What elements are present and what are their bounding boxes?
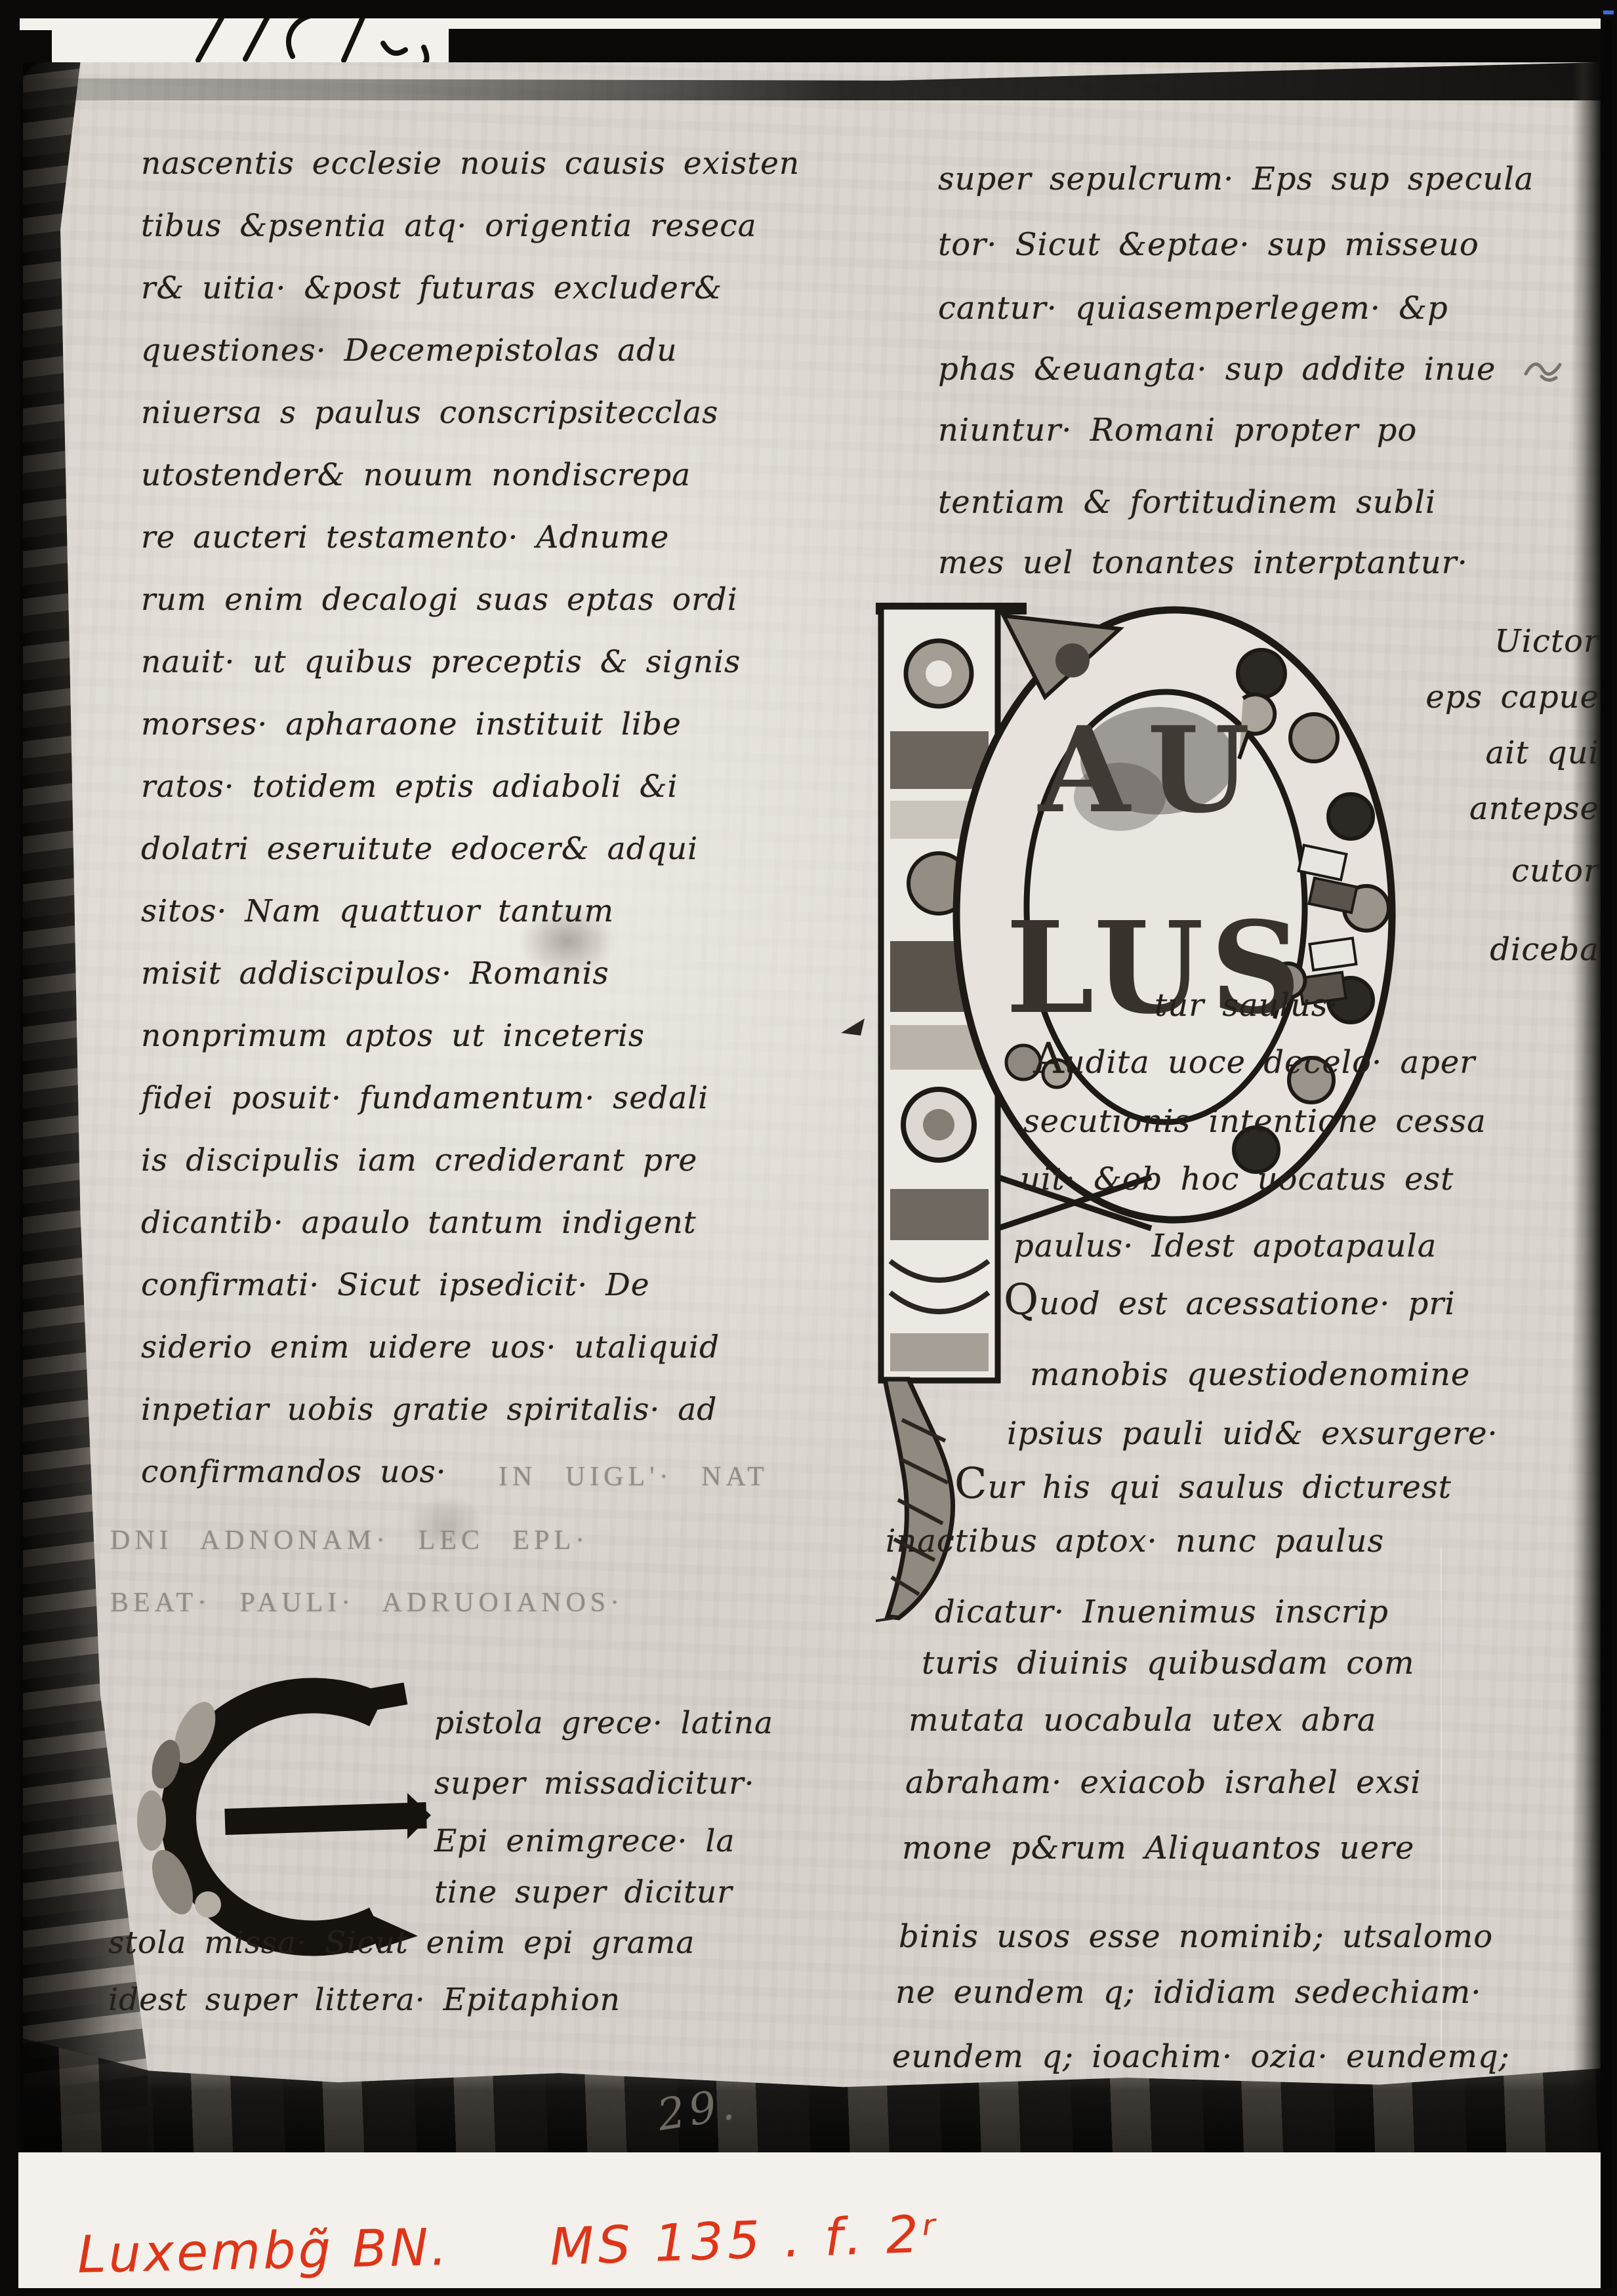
photo-frame-bottom <box>0 2288 1617 2296</box>
manuscript-line: Epi enimgrece· la <box>434 1823 735 1859</box>
manuscript-line: re aucteri testamento· Adnume <box>141 519 669 555</box>
manuscript-line: r& uitia· &post futuras excluder& <box>141 270 722 306</box>
line-initial-capital: A <box>1033 1034 1065 1083</box>
manuscript-line: paulus· Idest apotapaula <box>1013 1228 1437 1264</box>
manuscript-line: eps capue <box>1425 679 1599 715</box>
rubric-line: BEAT· PAULI· ADRUOIANOS· <box>110 1587 624 1619</box>
manuscript-line: misit addiscipulos· Romanis <box>141 956 609 992</box>
folio-caption-library: Luxembg̃ BN. <box>77 2218 450 2285</box>
manuscript-line: is discipulis iam crediderant pre <box>141 1142 697 1178</box>
photo-frame-right <box>1612 0 1617 2296</box>
marginal-squiggle <box>1522 348 1568 387</box>
manuscript-line: turis diuinis quibusdam com <box>922 1645 1415 1682</box>
manuscript-line: tentiam & fortitudinem subli <box>938 484 1436 521</box>
rubric-line: IN UIGL'· NAT <box>499 1461 769 1493</box>
manuscript-line: nauit· ut quibus preceptis & signis <box>141 644 741 680</box>
manuscript-photo: AU LUS 29. Luxembg̃ BN. MS 135 . f. 2ʳ n… <box>0 0 1617 2296</box>
manuscript-line: inactibus aptox· nunc paulus <box>886 1523 1384 1560</box>
manuscript-line: ne eundem q; ididiam sedechiam· <box>895 1974 1481 2011</box>
manuscript-line: niuersa s paulus conscripsitecclas <box>141 395 718 431</box>
photo-frame-left <box>0 0 20 2296</box>
manuscript-line: confirmandos uos· <box>141 1454 447 1490</box>
manuscript-line: diceba <box>1490 931 1599 968</box>
manuscript-line: nonprimum aptos ut inceteris <box>141 1018 645 1054</box>
manuscript-line: inpetiar uobis gratie spiritalis· ad <box>141 1392 717 1428</box>
manuscript-line: cantur· quiasemperlegem· &p <box>938 290 1448 327</box>
manuscript-line: mes uel tonantes interptantur· <box>938 544 1468 581</box>
manuscript-line: uit· &ob hoc uocatus est <box>1020 1161 1454 1198</box>
manuscript-line: dicatur· Inuenimus inscrip <box>935 1594 1389 1630</box>
manuscript-line: ipsius pauli uid& exsurgere· <box>1007 1415 1498 1452</box>
manuscript-line: dicantib· apaulo tantum indigent <box>141 1205 697 1241</box>
manuscript-line: tur saulus· <box>1155 987 1339 1024</box>
line-initial-capital: C <box>954 1459 988 1508</box>
manuscript-line: confirmati· Sicut ipsedicit· De <box>141 1267 650 1303</box>
manuscript-line: fidei posuit· fundamentum· sedali <box>141 1080 708 1116</box>
manuscript-line: tibus &psentia atq· origentia reseca <box>141 208 757 244</box>
manuscript-line: ait qui <box>1485 735 1599 771</box>
blue-corner-mark <box>1603 10 1614 14</box>
manuscript-line: siderio enim uidere uos· utaliquid <box>141 1329 720 1365</box>
manuscript-line: super sepulcrum· Eps sup specula <box>938 161 1534 197</box>
manuscript-line: eundem q; ioachim· ozia· eundemq; <box>892 2038 1510 2075</box>
manuscript-line: abraham· exiacob israhel exsi <box>905 1764 1422 1801</box>
manuscript-line: binis usos esse nominib; utsalomo <box>899 1918 1493 1955</box>
manuscript-line: Audita uoce decelo· aper <box>1033 1044 1475 1081</box>
manuscript-line: questiones· Decemepistolas adu <box>141 332 678 369</box>
initial-p-letters-line1: AU <box>1037 701 1267 839</box>
manuscript-line: utostender& nouum nondiscrepa <box>141 457 691 493</box>
manuscript-line: idest super littera· Epitaphion <box>108 1982 621 2018</box>
manuscript-line: tor· Sicut &eptae· sup misseuo <box>938 226 1479 263</box>
manuscript-line: Uictor <box>1494 623 1599 660</box>
manuscript-line: dolatri eseruitute edocer& adqui <box>141 831 698 867</box>
manuscript-line: morses· apharaone instituit libe <box>141 706 682 742</box>
initial-p-tail <box>876 1379 953 1622</box>
manuscript-line: ratos· totidem eptis adiaboli &i <box>141 769 678 805</box>
manuscript-line: mutata uocabula utex abra <box>909 1702 1377 1739</box>
manuscript-line: manobis questiodenomine <box>1030 1356 1470 1393</box>
manuscript-line: sitos· Nam quattuor tantum <box>141 893 614 929</box>
photo-frame-top <box>0 0 1617 18</box>
rubric-line: DNI ADNONAM· LEC EPL· <box>110 1525 589 1556</box>
manuscript-line: phas &euangta· sup addite inue <box>938 351 1496 388</box>
manuscript-line: rum enim decalogi suas eptas ordi <box>141 582 738 618</box>
manuscript-line: mone p&rum Aliquantos uere <box>902 1830 1414 1866</box>
manuscript-line: stola missa· Sicut enim epi grama <box>108 1925 695 1961</box>
ink-pointer-mark <box>838 1013 871 1039</box>
manuscript-line: cutor <box>1511 853 1599 889</box>
manuscript-line: secutionis intentione cessa <box>1023 1103 1486 1140</box>
line-initial-capital: Q <box>1004 1276 1039 1325</box>
manuscript-line: Cur his qui saulus dicturest <box>954 1469 1452 1506</box>
top-inscription-handwriting <box>182 17 458 64</box>
manuscript-line: pistola grece· latina <box>434 1705 773 1741</box>
manuscript-line: Quod est acessatione· pri <box>1004 1285 1456 1322</box>
manuscript-line: nascentis ecclesie nouis causis existen <box>141 146 800 182</box>
manuscript-line: niuntur· Romani propter po <box>938 412 1417 449</box>
manuscript-line: tine super dicitur <box>434 1874 733 1910</box>
manuscript-line: antepse <box>1469 790 1599 827</box>
manuscript-line: super missadicitur· <box>434 1765 755 1802</box>
